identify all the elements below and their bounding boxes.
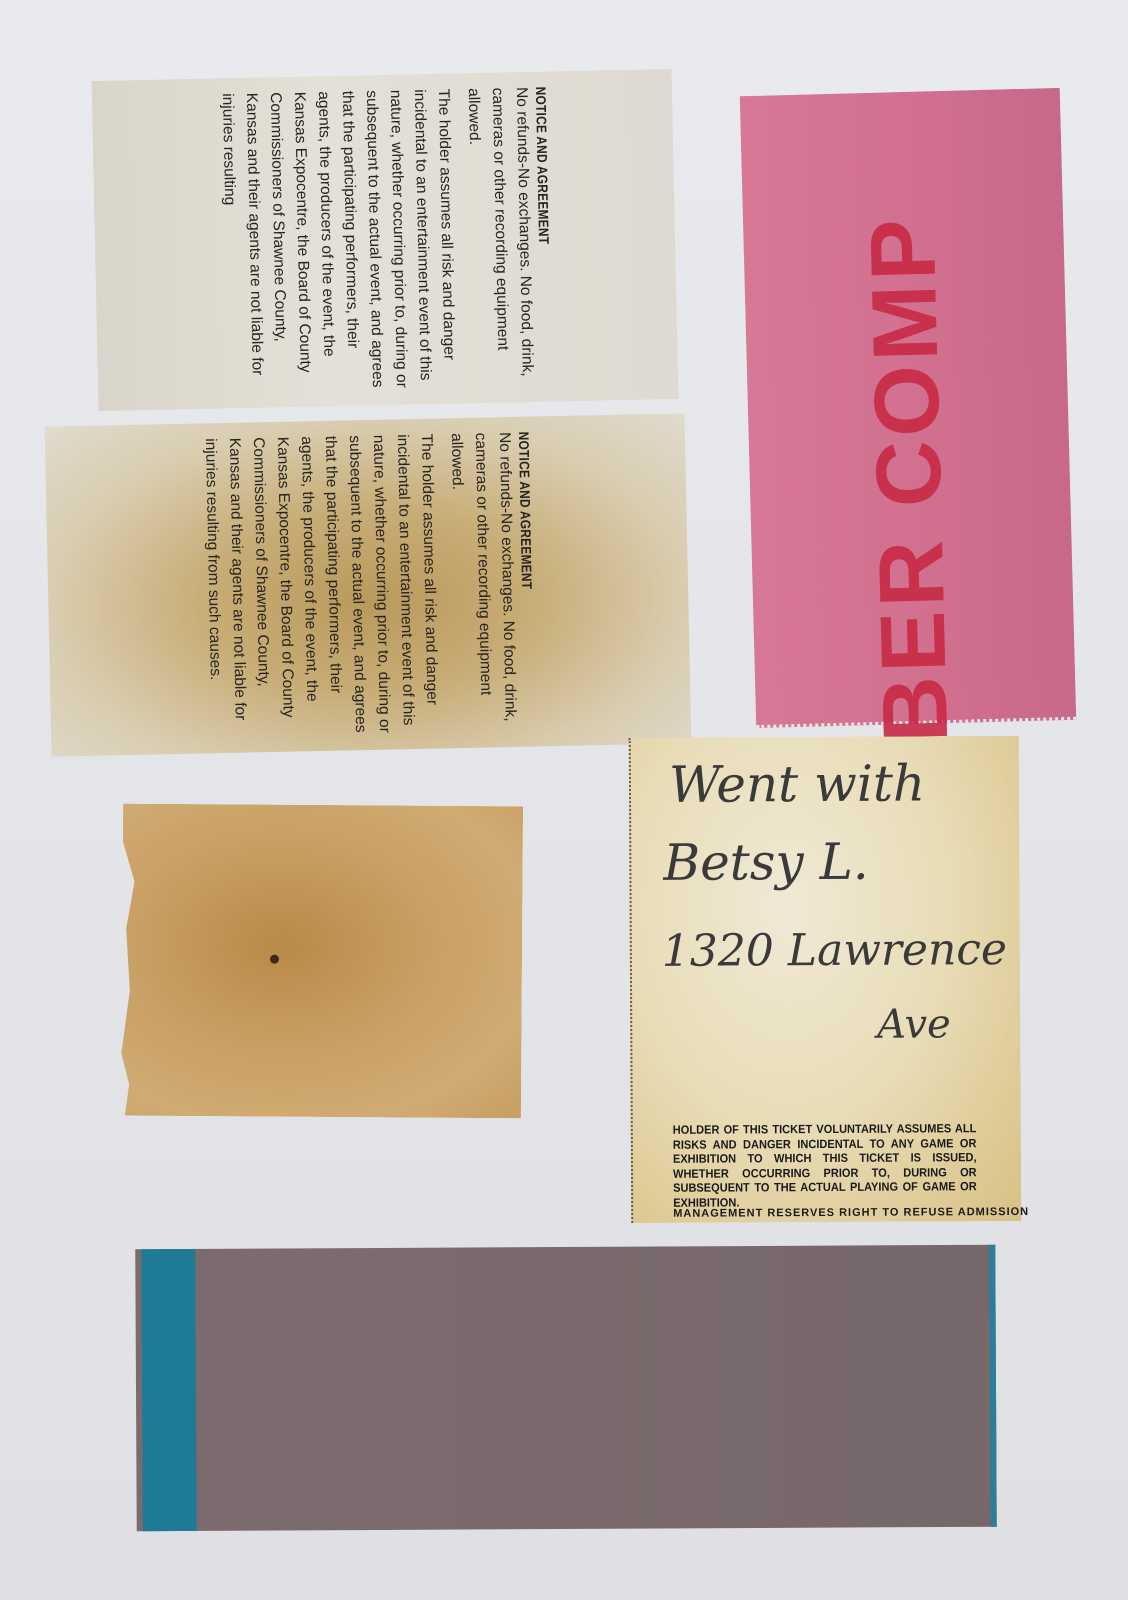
handwriting-line-4: Ave xyxy=(877,1004,951,1044)
handwriting-line-3: 1320 Lawrence xyxy=(662,928,1007,974)
handwritten-ticket: Went with Betsy L. 1320 Lawrence Ave HOL… xyxy=(629,736,1022,1223)
management-fine-print: MANAGEMENT RESERVES RIGHT TO REFUSE ADMI… xyxy=(673,1206,1033,1220)
notice-paragraph-2: The holder assumes all risk and danger i… xyxy=(198,434,444,739)
notice-paragraph-2: The holder assumes all risk and danger i… xyxy=(215,89,461,394)
punch-hole xyxy=(270,955,279,964)
purple-ticket xyxy=(135,1245,996,1531)
comp-ticket: EMBER COMP xyxy=(740,88,1076,728)
liability-fine-print: HOLDER OF THIS TICKET VOLUNTARILY ASSUME… xyxy=(673,1121,977,1210)
handwriting-line-2: Betsy L. xyxy=(663,837,869,888)
notice-text-block: NOTICE AND AGREEMENT No refunds-No excha… xyxy=(198,432,538,739)
notice-paragraph-1: No refunds-No exchanges. No food, drink,… xyxy=(461,87,539,388)
blue-edge xyxy=(989,1245,996,1527)
notice-paragraph-1: No refunds-No exchanges. No food, drink,… xyxy=(444,432,522,733)
blue-stripe xyxy=(141,1249,196,1531)
notice-ticket-2: NOTICE AND AGREEMENT No refunds-No excha… xyxy=(45,413,692,756)
notice-ticket-1: NOTICE AND AGREEMENT No refunds-No excha… xyxy=(92,69,679,411)
handwriting-line-1: Went with xyxy=(669,758,925,809)
notice-text-block: NOTICE AND AGREEMENT No refunds-No excha… xyxy=(215,87,555,394)
blank-brown-stub xyxy=(121,804,523,1119)
